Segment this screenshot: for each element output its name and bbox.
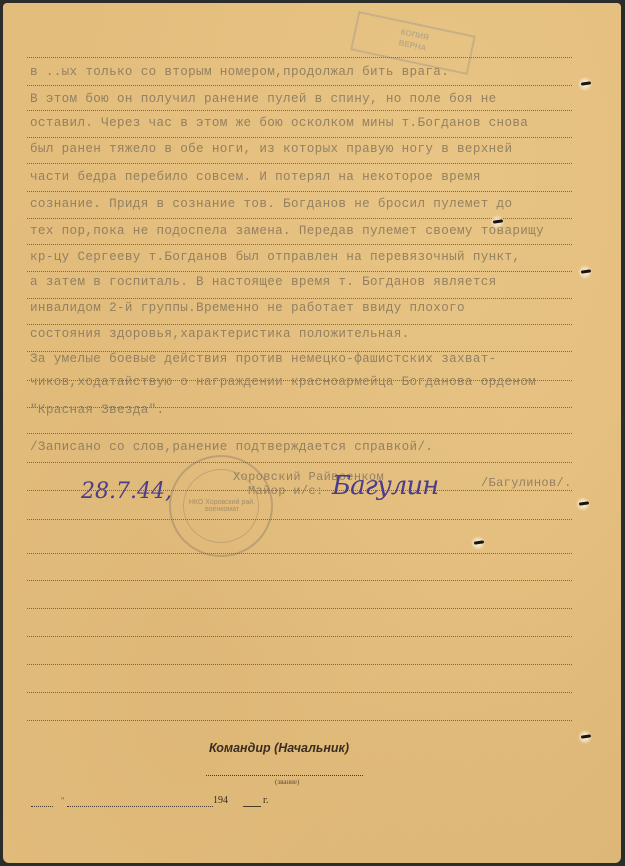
ruled-line (27, 553, 572, 554)
punch-hole (578, 265, 592, 279)
punch-hole (471, 536, 485, 550)
typed-line-11: состояния здоровья,характеристика положи… (30, 327, 410, 341)
ruled-line (27, 433, 572, 434)
ruled-line (27, 519, 572, 520)
rank-caption: (звание) (275, 778, 299, 786)
ruled-line (27, 580, 572, 581)
ruled-line (27, 191, 572, 192)
ruled-line (27, 664, 572, 665)
ruled-line (27, 271, 572, 272)
ruled-line (27, 692, 572, 693)
ruled-line (27, 636, 572, 637)
punch-hole (490, 215, 504, 229)
typed-line-12: За умелые боевые действия против немецко… (30, 352, 497, 366)
year-suffix: г. (263, 795, 268, 806)
signatory-name: /Багулинов/. (481, 476, 572, 490)
ruled-line (27, 57, 572, 58)
typed-line-2: В этом бою он получил ранение пулей в сп… (30, 92, 497, 106)
typed-line-8: кр-цу Сергееву т.Богданов был отправлен … (30, 250, 520, 264)
rank-line (206, 775, 363, 776)
day-line (31, 806, 53, 807)
stamp-text: НКО Хоровский рай. военкомат (179, 499, 265, 513)
punch-hole (578, 730, 592, 744)
punch-hole (576, 497, 590, 511)
year-line (243, 806, 261, 807)
ruled-line (27, 298, 572, 299)
ruled-line (27, 462, 572, 463)
typed-line-6: сознание. Придя в сознание тов. Богданов… (30, 197, 512, 211)
ruled-line (27, 163, 572, 164)
commander-title: Командир (Начальник) (209, 741, 349, 755)
typed-line-13: чиков,ходатайствую о награждении красноа… (30, 375, 536, 389)
year-prefix: 194 (213, 795, 228, 806)
month-line (67, 806, 213, 807)
typed-line-7: тех пор,пока не подоспела замена. Переда… (30, 224, 544, 238)
typed-line-14: "Красная Звезда". (30, 403, 164, 417)
document-page: КОПИЯ ВЕРНА в ..ых только со вторым номе… (3, 3, 621, 863)
signatory-rank: Майор и/с: (248, 484, 324, 498)
ruled-line (27, 85, 572, 86)
ruled-line (27, 720, 572, 721)
typed-line-3: оставил. Через час в этом же бою осколко… (30, 116, 528, 130)
ruled-line (27, 324, 572, 325)
punch-hole (578, 77, 592, 91)
ruled-line (27, 110, 572, 111)
typed-line-9: а затем в госпиталь. В настоящее время т… (30, 275, 497, 289)
typed-line-5: части бедра перебило совсем. И потерял н… (30, 170, 481, 184)
ruled-line (27, 608, 572, 609)
typed-line-1: в ..ых только со вторым номером,продолжа… (30, 65, 449, 79)
typed-line-4: был ранен тяжело в обе ноги, из которых … (30, 142, 512, 156)
handwritten-signature: Багулин (332, 471, 438, 501)
ruled-line (27, 137, 572, 138)
typed-line-10: инвалидом 2-й группы.Временно не работае… (30, 301, 465, 315)
ruled-line (27, 244, 572, 245)
handwritten-date: 28.7.44, (81, 479, 172, 504)
date-quote: " (61, 796, 64, 805)
typed-line-15: /Записано со слов,ранение подтверждается… (30, 440, 433, 454)
